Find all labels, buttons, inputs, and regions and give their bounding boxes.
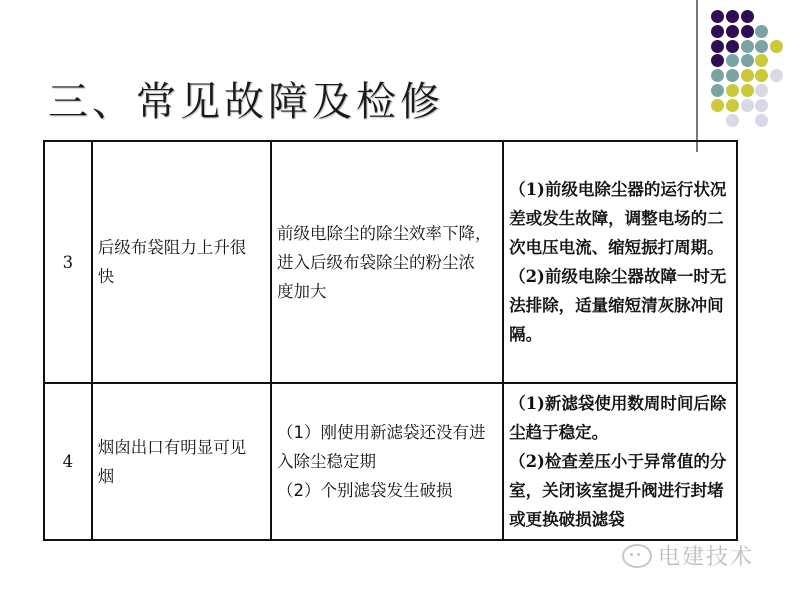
decorative-dot: [726, 10, 739, 23]
decorative-dot: [711, 84, 724, 97]
row-number: 4: [44, 383, 92, 540]
decorative-dot-grid: [711, 10, 791, 130]
decorative-dot: [711, 10, 724, 23]
decorative-dot: [741, 54, 754, 67]
watermark-text: 电建技术: [658, 540, 754, 571]
decorative-dot: [726, 114, 739, 127]
cause-cell: （1）刚使用新滤袋还没有进 入除尘稳定期 （2）个别滤袋发生破损: [271, 383, 503, 540]
decorative-dot: [741, 10, 754, 23]
cause-cell: 前级电除尘的除尘效率下降， 进入后级布袋除尘的粉尘浓 度加大: [271, 141, 503, 383]
solution-cell: （1)前级电除尘器的运行状况 差或发生故障，调整电场的二 次电压电流、缩短振打周…: [503, 141, 737, 383]
decorative-dot: [770, 69, 783, 82]
decorative-dot: [741, 25, 754, 38]
fault-table: 3 后级布袋阻力上升很 快 前级电除尘的除尘效率下降， 进入后级布袋除尘的粉尘浓…: [43, 140, 738, 541]
decorative-dot: [726, 69, 739, 82]
row-number: 3: [44, 141, 92, 383]
decorative-dot: [741, 99, 754, 112]
decorative-dot: [755, 84, 768, 97]
wechat-icon: [622, 544, 652, 568]
decorative-dot: [755, 54, 768, 67]
table-row: 3 后级布袋阻力上升很 快 前级电除尘的除尘效率下降， 进入后级布袋除尘的粉尘浓…: [44, 141, 737, 383]
decorative-dot: [711, 99, 724, 112]
symptom-cell: 烟囱出口有明显可见 烟: [92, 383, 271, 540]
decorative-dot: [755, 114, 768, 127]
decorative-dot: [755, 25, 768, 38]
decorative-dot: [755, 69, 768, 82]
decorative-dot: [711, 40, 724, 53]
solution-cell: （1)新滤袋使用数周时间后除 尘趋于稳定。 （2)检查差压小于异常值的分 室，关…: [503, 383, 737, 540]
decorative-vertical-line: [696, 0, 698, 152]
decorative-dot: [711, 69, 724, 82]
decorative-dot: [741, 84, 754, 97]
decorative-dot: [711, 54, 724, 67]
decorative-dot: [741, 40, 754, 53]
watermark: 电建技术: [622, 540, 754, 571]
table-row: 4 烟囱出口有明显可见 烟 （1）刚使用新滤袋还没有进 入除尘稳定期 （2）个别…: [44, 383, 737, 540]
symptom-cell: 后级布袋阻力上升很 快: [92, 141, 271, 383]
slide-title: 三、常见故障及检修: [48, 70, 444, 127]
decorative-dot: [755, 99, 768, 112]
decorative-dot: [726, 40, 739, 53]
decorative-dot: [770, 40, 783, 53]
decorative-dot: [755, 40, 768, 53]
decorative-dot: [741, 69, 754, 82]
decorative-dot: [711, 25, 724, 38]
decorative-dot: [726, 54, 739, 67]
decorative-dot: [726, 84, 739, 97]
decorative-dot: [726, 25, 739, 38]
decorative-dot: [726, 99, 739, 112]
